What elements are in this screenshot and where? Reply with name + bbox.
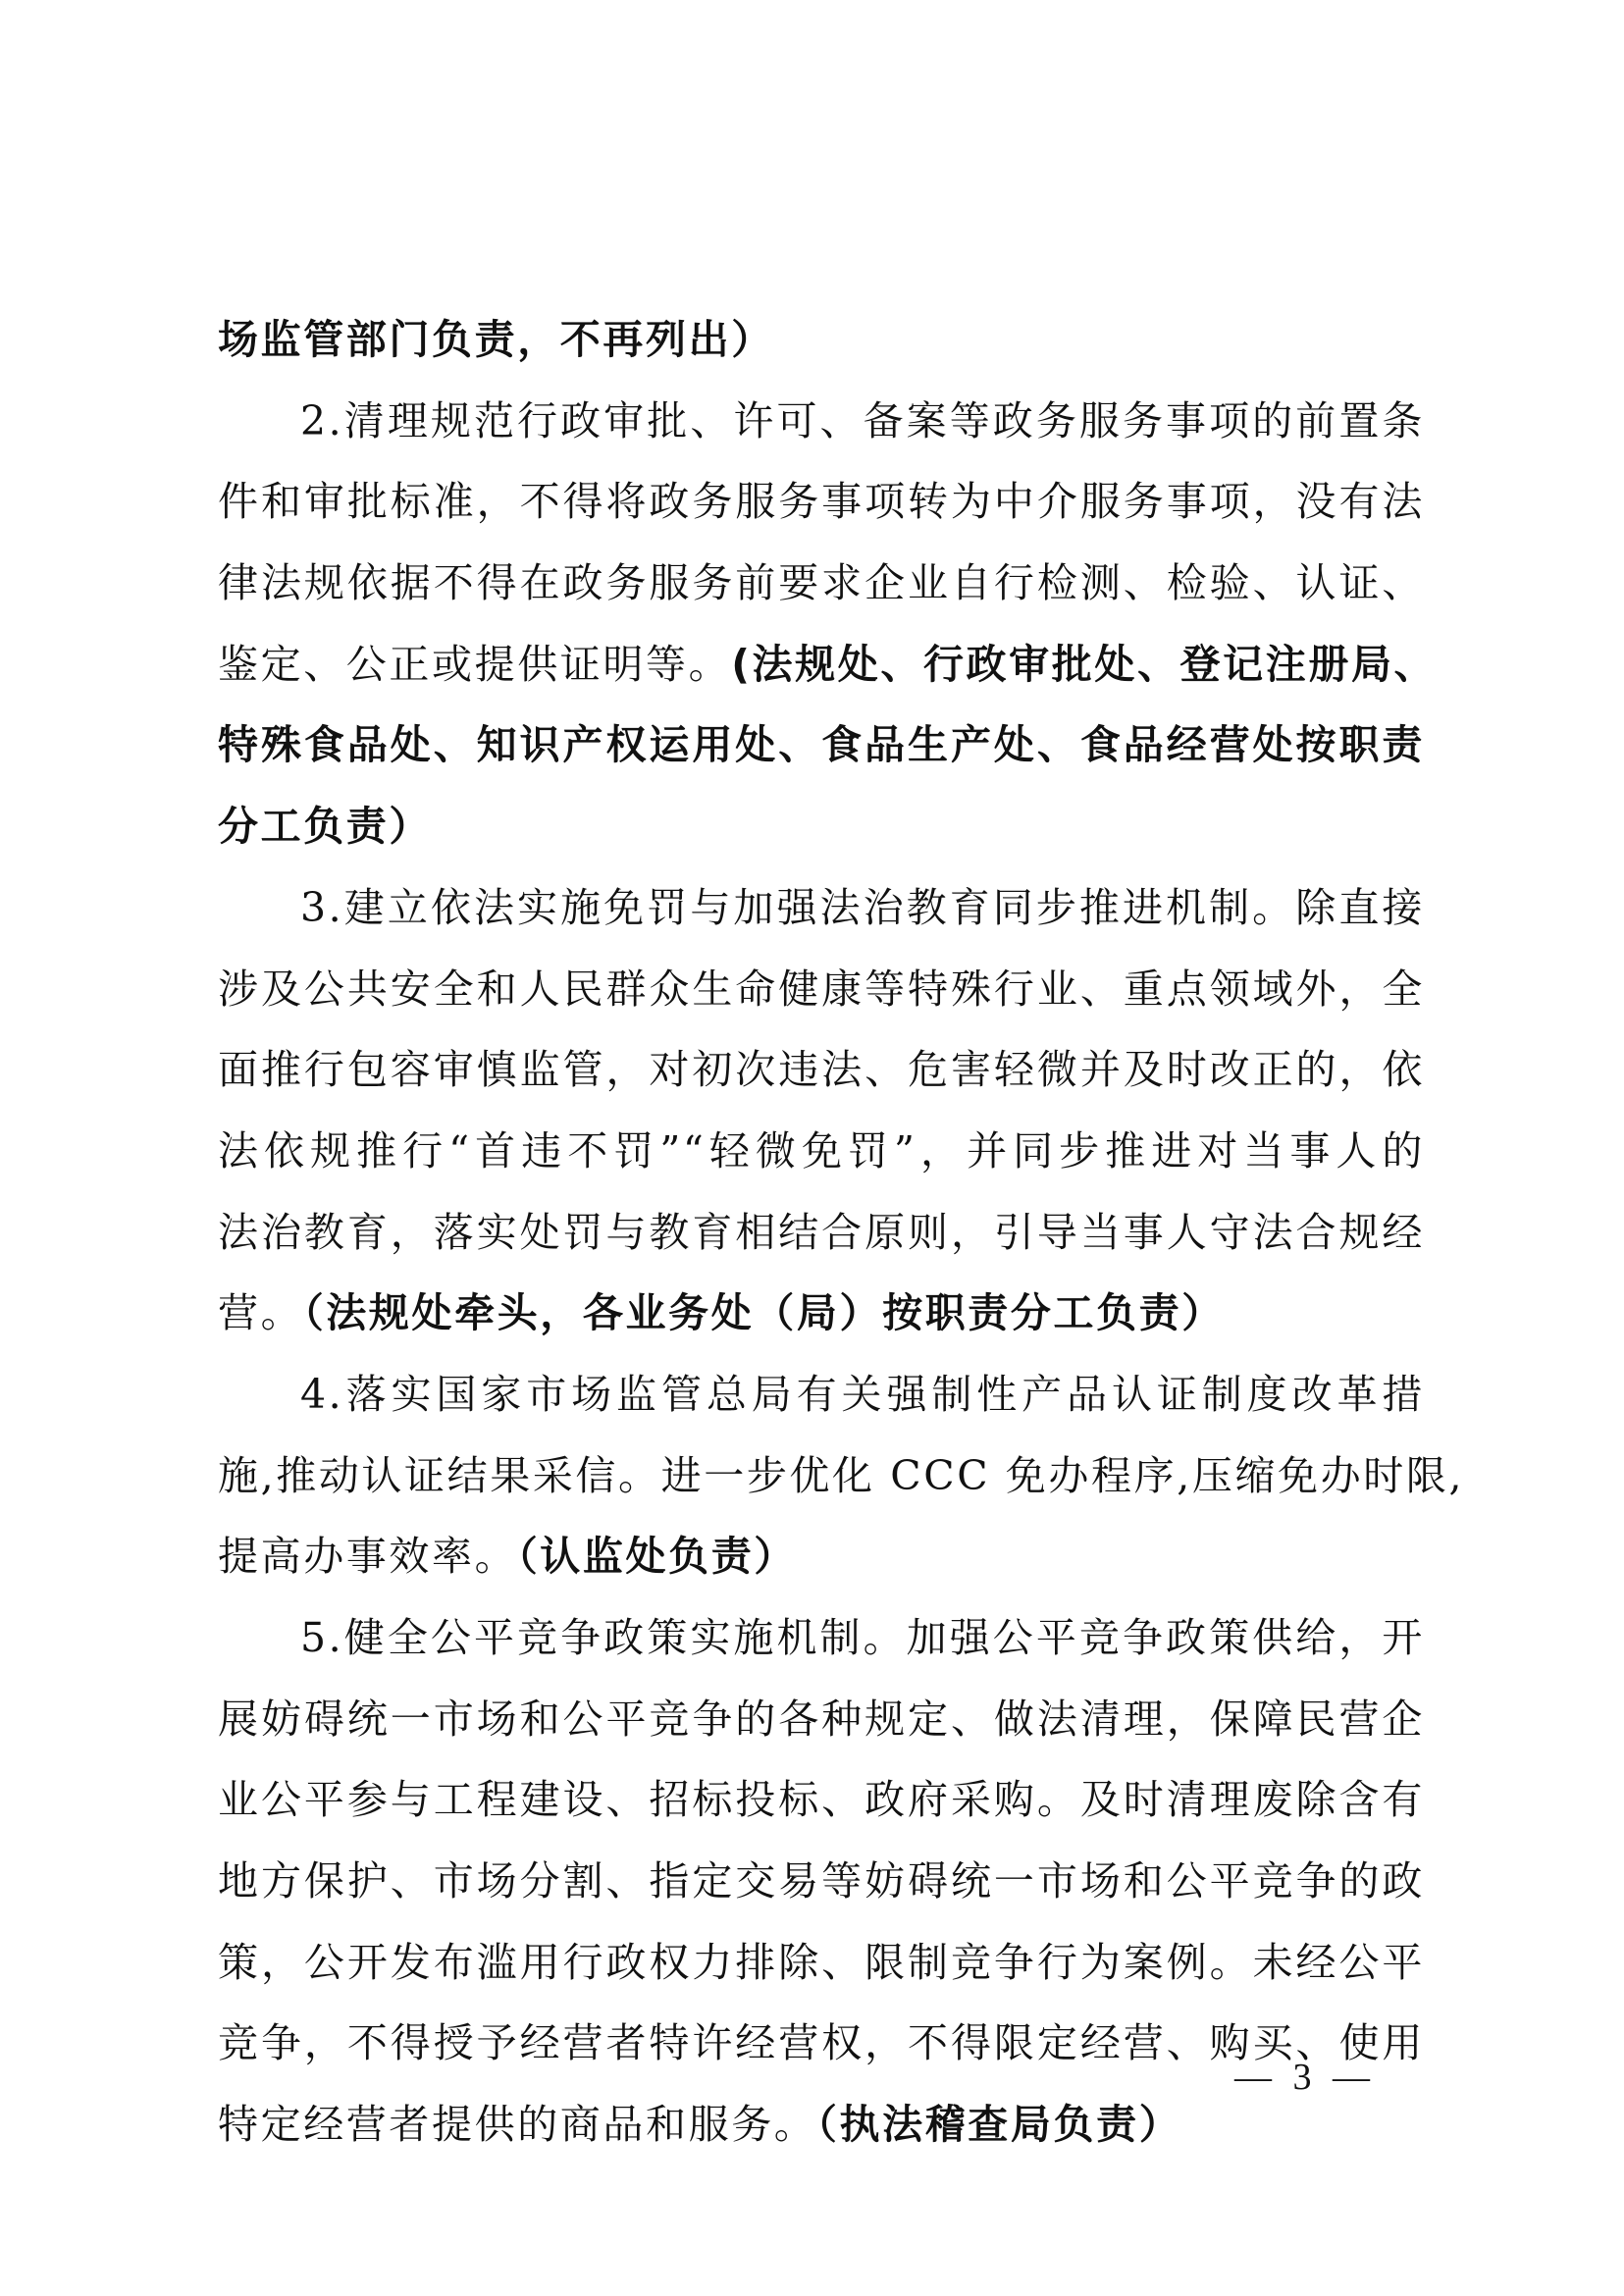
page-number: — 3 — [1227,2056,1384,2099]
text-line: 业公平参与工程建设、招标投标、政府采购。及时清理废除含有 [218,1759,1425,1841]
paragraph-text: 件和审批标准，不得将政务服务事项转为中介服务事项，没有法 [218,478,1425,525]
document-page: 场监管部门负责，不再列出）2.清理规范行政审批、许可、备案等政务服务事项的前置条… [0,0,1624,2296]
paragraph-text: 策，公开发布滥用行政权力排除、限制竞争行为案例。未经公平 [218,1939,1425,1986]
text-line: 面推行包容审慎监管，对初次违法、危害轻微并及时改正的，依 [218,1029,1425,1111]
responsible-unit-text: （认监处负责） [517,1533,797,1580]
body-text: 场监管部门负责，不再列出）2.清理规范行政审批、许可、备案等政务服务事项的前置条… [218,299,1425,2166]
responsible-unit-text: （法规处牵头，各业务处（局）按职责分工负责） [303,1289,1225,1336]
text-line: 法治教育，落实处罚与教育相结合原则，引导当事人守法合规经 [218,1192,1425,1274]
text-line: 提高办事效率。（认监处负责） [218,1516,1425,1597]
text-line: 策，公开发布滥用行政权力排除、限制竞争行为案例。未经公平 [218,1922,1425,2004]
paragraph-text: 4.落实国家市场监管总局有关强制性产品认证制度改革措 [300,1371,1425,1418]
paragraph-text: 律法规依据不得在政务服务前要求企业自行检测、检验、认证、 [218,559,1425,606]
paragraph-text: 面推行包容审慎监管，对初次违法、危害轻微并及时改正的，依 [218,1046,1425,1093]
responsible-unit-text: 特殊食品处、知识产权运用处、食品生产处、食品经营处按职责 [218,721,1425,768]
paragraph-text: 3.建立依法实施免罚与加强法治教育同步推进机制。除直接 [300,884,1425,931]
paragraph-text: 鉴定、公正或提供证明等。 [218,641,731,688]
text-line: 鉴定、公正或提供证明等。(法规处、行政审批处、登记注册局、 [218,624,1425,705]
text-line: 展妨碍统一市场和公平竞争的各种规定、做法清理，保障民营企 [218,1679,1425,1760]
text-line: 法依规推行“首违不罚”“轻微免罚”，并同步推进对当事人的 [218,1111,1425,1192]
paragraph-text: 营。 [218,1289,303,1336]
paragraph-text: 2.清理规范行政审批、许可、备案等政务服务事项的前置条 [300,397,1425,444]
text-line: 施,推动认证结果采信。进一步优化 CCC 免办程序,压缩免办时限, [218,1435,1425,1517]
text-line: 特殊食品处、知识产权运用处、食品生产处、食品经营处按职责 [218,704,1425,786]
text-line: 5.健全公平竞争政策实施机制。加强公平竞争政策供给，开 [218,1597,1425,1679]
text-line: 4.落实国家市场监管总局有关强制性产品认证制度改革措 [218,1354,1425,1435]
responsible-unit-text: (法规处、行政审批处、登记注册局、 [731,641,1437,688]
paragraph-text: 法治教育，落实处罚与教育相结合原则，引导当事人守法合规经 [218,1209,1425,1256]
paragraph-text: 特定经营者提供的商品和服务。 [218,2101,816,2148]
text-line: 律法规依据不得在政务服务前要求企业自行检测、检验、认证、 [218,543,1425,624]
paragraph-text: 涉及公共安全和人民群众生命健康等特殊行业、重点领域外，全 [218,965,1425,1013]
text-line: 地方保护、市场分割、指定交易等妨碍统一市场和公平竞争的政 [218,1841,1425,1922]
text-line: 涉及公共安全和人民群众生命健康等特殊行业、重点领域外，全 [218,949,1425,1030]
text-line: 分工负责） [218,786,1425,867]
paragraph-text: 法依规推行“首违不罚”“轻微免罚”，并同步推进对当事人的 [218,1127,1425,1174]
text-line: 2.清理规范行政审批、许可、备案等政务服务事项的前置条 [218,381,1425,462]
paragraph-text: 业公平参与工程建设、招标投标、政府采购。及时清理废除含有 [218,1776,1425,1823]
paragraph-text: 地方保护、市场分割、指定交易等妨碍统一市场和公平竞争的政 [218,1857,1425,1905]
paragraph-text: 5.健全公平竞争政策实施机制。加强公平竞争政策供给，开 [300,1614,1425,1661]
text-line: 件和审批标准，不得将政务服务事项转为中介服务事项，没有法 [218,461,1425,543]
responsible-unit-text: （执法稽查局负责） [816,2101,1181,2148]
responsible-unit-text: 分工负责） [218,803,432,850]
text-line: 场监管部门负责，不再列出） [218,299,1425,381]
text-line: 营。（法规处牵头，各业务处（局）按职责分工负责） [218,1273,1425,1354]
responsible-unit-text: 场监管部门负责，不再列出） [218,316,774,363]
paragraph-text: 提高办事效率。 [218,1533,517,1580]
paragraph-text: 展妨碍统一市场和公平竞争的各种规定、做法清理，保障民营企 [218,1696,1425,1743]
text-line: 3.建立依法实施免罚与加强法治教育同步推进机制。除直接 [218,867,1425,949]
paragraph-text: 施,推动认证结果采信。进一步优化 CCC 免办程序,压缩免办时限, [218,1452,1464,1499]
